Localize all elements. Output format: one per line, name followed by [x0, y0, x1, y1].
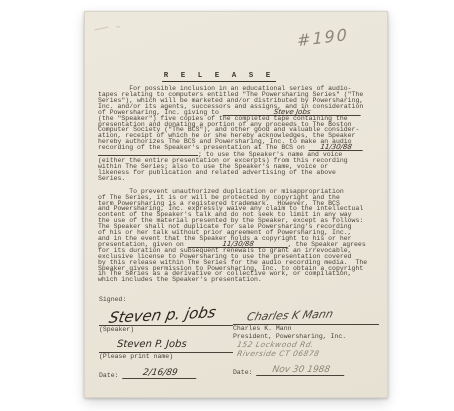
speaker-name-handwritten: Steve Jobs [222, 110, 361, 116]
speaker-date-label: Date: [99, 372, 119, 379]
signature-section: Signed: Steven p. jobs (Speaker) Steven … [99, 296, 379, 379]
release-document-page: #190 R E L E A S E For possible inclusio… [84, 11, 388, 398]
paragraph-1: For possible inclusion in an educational… [98, 86, 375, 182]
president-date-label: Date: [233, 369, 253, 376]
president-name-typed: Charles K. Mann [233, 325, 379, 333]
print-name-label: (Please print name) [99, 353, 233, 361]
president-signature-line: Charles K Mann [233, 306, 379, 325]
speaker-label: (Speaker) [99, 326, 233, 334]
lot-number-annotation: #190 [297, 25, 349, 50]
address-line-2-handwritten: Riverside CT 06878 [236, 350, 380, 359]
speaker-date-row: Date: 2/16/89 [99, 369, 233, 379]
printed-name-handwritten: Steven P. Jobs [117, 339, 187, 350]
speaker-signature-handwritten: Steven p. jobs [108, 305, 218, 326]
president-date-handwritten: Nov 30 1988 [256, 366, 346, 376]
presentation-date-handwritten: 11/30/88 [308, 145, 363, 151]
paragraph-2: To prevent unauthorized duplication or m… [98, 189, 375, 284]
document-body: For possible inclusion in an educational… [98, 86, 375, 283]
pencil-mark [94, 23, 109, 31]
document-title: R E L E A S E [162, 72, 277, 82]
president-signature-column: Charles K Mann Charles K. Mann President… [233, 306, 379, 379]
speaker-signature-line: Steven p. jobs [99, 304, 233, 326]
copyright-date-handwritten: 11/30/88 [187, 242, 288, 248]
president-signature-handwritten: Charles K Mann [246, 308, 335, 323]
printed-name-line: Steven P. Jobs [99, 334, 233, 353]
president-date-row: Date: Nov 30 1988 [233, 366, 379, 376]
title-row: R E L E A S E [85, 64, 387, 82]
speaker-date-handwritten: 2/16/89 [122, 369, 198, 379]
photo-background: #190 R E L E A S E For possible inclusio… [0, 0, 454, 411]
speaker-signature-column: Signed: Steven p. jobs (Speaker) Steven … [99, 296, 233, 379]
blank-line [98, 151, 198, 156]
paragraph-2-text-a: To prevent unauthorized duplication or m… [98, 188, 363, 248]
